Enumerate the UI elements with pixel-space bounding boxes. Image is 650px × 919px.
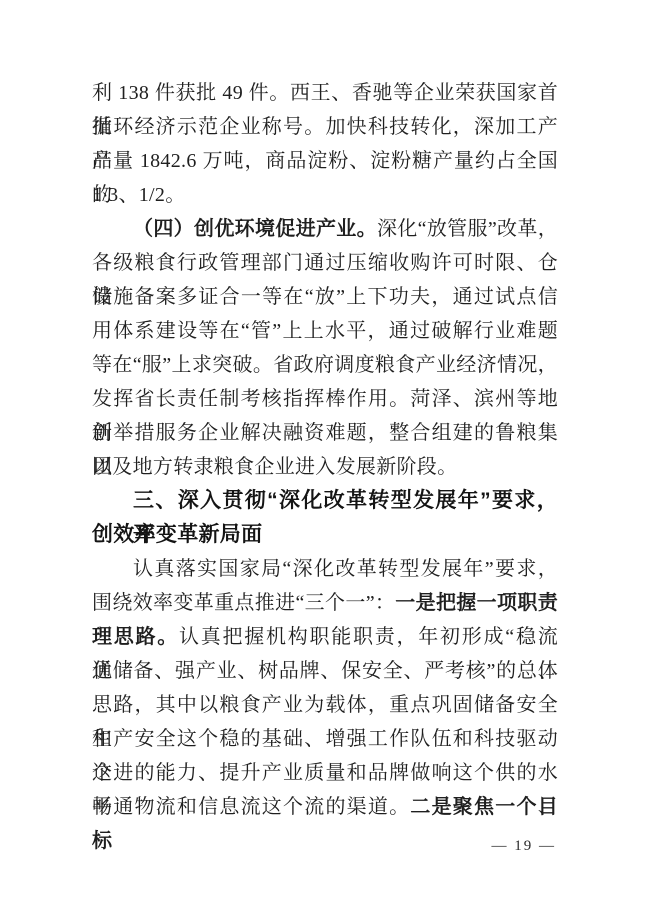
text-segment: 设施备案多证合一等在“放”上下功夫，通过试点信 <box>92 286 558 308</box>
bold-text-segment: （四）创优环境促进产业。 <box>133 218 377 240</box>
text-line: 畅通物流和信息流这个流的渠道。二是聚焦一个目标 <box>92 790 558 824</box>
text-segment: 认真落实国家局“深化改革转型发展年”要求， <box>133 558 558 580</box>
text-line: 思路，其中以粮食产业为载体，重点巩固储备安全和 <box>92 688 558 722</box>
heading-line: 创效率变革新局面 <box>92 518 558 552</box>
text-column: 利 138 件获批 49 件。西王、香驰等企业荣获国家首批循环经济示范企业称号。… <box>92 76 558 824</box>
text-line: 优储备、强产业、树品牌、保安全、严考核”的总体 <box>92 654 558 688</box>
text-line: 循环经济示范企业称号。加快科技转化，深加工产品 <box>92 110 558 144</box>
text-line: 围绕效率变革重点推进“三个一”：一是把握一项职责 <box>92 586 558 620</box>
text-line: 产量 1842.6 万吨，商品淀粉、淀粉糖产量约占全国的 <box>92 144 558 178</box>
bold-text-segment: 一是把握一项职责 <box>395 592 558 614</box>
text-line: 用体系建设等在“管”上上水平，通过破解行业难题 <box>92 314 558 348</box>
text-line: 新举措服务企业解决融资难题，整合组建的鲁粮集团 <box>92 416 558 450</box>
text-line: 以及地方转隶粮食企业进入发展新阶段。 <box>92 450 558 484</box>
bold-text-segment: 理思路。 <box>92 626 179 648</box>
text-line: 理思路。认真把握机构职能职责，年初形成“稳流通、 <box>92 620 558 654</box>
text-segment: 围绕效率变革重点推进“三个一”： <box>92 592 395 614</box>
text-line: 生产安全这个稳的基础、增强工作队伍和科技驱动这 <box>92 722 558 756</box>
page-number: — 19 — <box>492 838 557 855</box>
text-line: 利 138 件获批 49 件。西王、香驰等企业荣获国家首批 <box>92 76 558 110</box>
text-segment: 用体系建设等在“管”上上水平，通过破解行业难题 <box>92 320 558 342</box>
text-line: 个进的能力、提升产业质量和品牌做响这个供的水平、 <box>92 756 558 790</box>
text-line: 设施备案多证合一等在“放”上下功夫，通过试点信 <box>92 280 558 314</box>
text-line: 认真落实国家局“深化改革转型发展年”要求， <box>92 552 558 586</box>
text-line: 1/3、1/2。 <box>92 178 558 212</box>
text-line: 等在“服”上求突破。省政府调度粮食产业经济情况， <box>92 348 558 382</box>
text-line: 各级粮食行政管理部门通过压缩收购许可时限、仓储 <box>92 246 558 280</box>
document-page: 利 138 件获批 49 件。西王、香驰等企业荣获国家首批循环经济示范企业称号。… <box>0 0 650 919</box>
text-segment: 创效率变革新局面 <box>92 523 262 546</box>
text-segment: 畅通物流和信息流这个流的渠道。 <box>92 796 410 818</box>
text-segment: 等在“服”上求突破。省政府调度粮食产业经济情况， <box>92 354 558 376</box>
text-line: （四）创优环境促进产业。深化“放管服”改革， <box>92 212 558 246</box>
text-segment: 以及地方转隶粮食企业进入发展新阶段。 <box>92 456 457 478</box>
text-segment: 优储备、强产业、树品牌、保安全、严考核”的总体 <box>92 660 558 682</box>
text-line: 发挥省长责任制考核指挥棒作用。菏泽、滨州等地创 <box>92 382 558 416</box>
heading-line: 三、深入贯彻“深化改革转型发展年”要求，开 <box>92 484 558 518</box>
text-segment: 深化“放管服”改革， <box>377 218 558 240</box>
text-segment: 1/3、1/2。 <box>92 184 186 206</box>
